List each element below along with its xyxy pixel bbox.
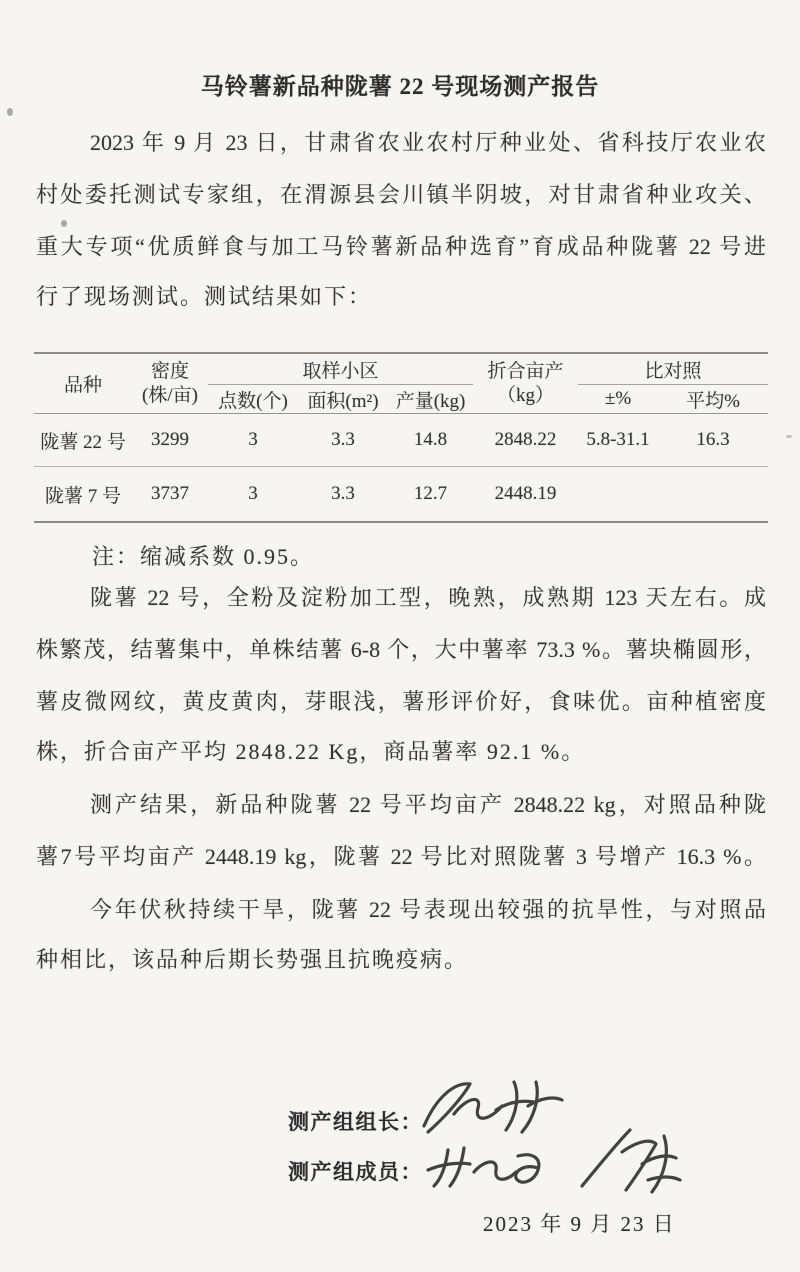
cell-per-mu: 2848.22 bbox=[473, 414, 578, 467]
p1-line-2: 村处委托测试专家组，在渭源县会川镇半阴坡，对甘肃省种业攻关、 bbox=[36, 178, 766, 212]
yield-table: 品种 密度 (株/亩) 取样小区 折合亩产 （kg） 比对照 点数(个) 面积(… bbox=[34, 352, 768, 523]
table-row: 陇薯 7 号 3737 3 3.3 12.7 2448.19 bbox=[34, 467, 768, 523]
p3-line-2: 薯7号平均亩产 2448.19 kg，陇薯 22 号比对照陇薯 3 号增产 16… bbox=[36, 840, 766, 874]
cell-density: 3737 bbox=[132, 467, 208, 523]
member1-handwritten-signature bbox=[418, 1142, 548, 1194]
header-avg-percent: 平均% bbox=[658, 385, 768, 414]
cell-avg: 16.3 bbox=[658, 414, 768, 467]
cell-avg bbox=[658, 467, 768, 523]
scan-artifact bbox=[786, 435, 792, 438]
cell-variety: 陇薯 22 号 bbox=[34, 414, 132, 467]
member-label: 测产组成员： bbox=[288, 1156, 423, 1188]
header-variety: 品种 bbox=[34, 353, 132, 414]
header-area: 面积(m²) bbox=[298, 385, 388, 414]
cell-points: 3 bbox=[208, 467, 298, 523]
header-per-mu: 折合亩产 （kg） bbox=[473, 353, 578, 414]
p1-line-1: 2023 年 9 月 23 日，甘肃省农业农村厅种业处、省科技厅农业农 bbox=[36, 126, 766, 160]
p2-line-2: 株繁茂，结薯集中，单株结薯 6-8 个，大中薯率 73.3 %。薯块椭圆形， bbox=[36, 633, 766, 667]
header-plot-yield: 产量(kg) bbox=[388, 385, 473, 414]
header-density-line2: (株/亩) bbox=[132, 384, 208, 408]
header-points: 点数(个) bbox=[208, 385, 298, 414]
scan-artifact bbox=[7, 108, 13, 116]
p4-line-1: 今年伏秋持续干旱，陇薯 22 号表现出较强的抗旱性，与对照品 bbox=[36, 893, 766, 927]
p3-line-1: 测产结果，新品种陇薯 22 号平均亩产 2848.22 kg，对照品种陇 bbox=[36, 788, 766, 822]
header-pm-percent: ±% bbox=[578, 385, 658, 414]
p2-line-1: 陇薯 22 号，全粉及淀粉加工型，晚熟，成熟期 123 天左右。成 bbox=[36, 581, 766, 615]
cell-points: 3 bbox=[208, 414, 298, 467]
member2-handwritten-signature bbox=[568, 1122, 690, 1198]
note-line: 注：缩减系数 0.95。 bbox=[36, 540, 800, 574]
cell-variety: 陇薯 7 号 bbox=[34, 467, 132, 523]
cell-area: 3.3 bbox=[298, 414, 388, 467]
header-density-line1: 密度 bbox=[132, 360, 208, 384]
cell-plot-yield: 14.8 bbox=[388, 414, 473, 467]
p2-line-3: 薯皮微网纹，黄皮黄肉，芽眼浅，薯形评价好，食味优。亩种植密度 bbox=[36, 685, 766, 719]
cell-area: 3.3 bbox=[298, 467, 388, 523]
leader-handwritten-signature bbox=[410, 1076, 568, 1138]
cell-density: 3299 bbox=[132, 414, 208, 467]
header-vs-control-group: 比对照 bbox=[578, 353, 768, 385]
p4-line-2: 种相比，该品种后期长势强且抗晚疫病。 bbox=[36, 943, 766, 977]
leader-label: 测产组组长： bbox=[288, 1106, 423, 1138]
cell-plot-yield: 12.7 bbox=[388, 467, 473, 523]
p1-line-4: 行了现场测试。测试结果如下： bbox=[36, 280, 766, 314]
document-title: 马铃薯新品种陇薯 22 号现场测产报告 bbox=[0, 70, 800, 104]
p2-line-4: 株，折合亩产平均 2848.22 Kg，商品薯率 92.1 %。 bbox=[36, 735, 766, 769]
scanned-document-page: 马铃薯新品种陇薯 22 号现场测产报告 2023 年 9 月 23 日，甘肃省农… bbox=[0, 0, 800, 1272]
header-density: 密度 (株/亩) bbox=[132, 353, 208, 414]
cell-per-mu: 2448.19 bbox=[473, 467, 578, 523]
cell-pm bbox=[578, 467, 658, 523]
table-row: 陇薯 22 号 3299 3 3.3 14.8 2848.22 5.8-31.1… bbox=[34, 414, 768, 467]
document-date: 2023 年 9 月 23 日 bbox=[483, 1208, 676, 1238]
scan-artifact bbox=[61, 220, 67, 227]
header-per-mu-line2: （kg） bbox=[473, 384, 578, 408]
header-sampling-group: 取样小区 bbox=[208, 353, 473, 385]
cell-pm: 5.8-31.1 bbox=[578, 414, 658, 467]
p1-line-3: 重大专项“优质鲜食与加工马铃薯新品种选育”育成品种陇薯 22 号进 bbox=[36, 230, 766, 264]
header-per-mu-line1: 折合亩产 bbox=[473, 360, 578, 384]
